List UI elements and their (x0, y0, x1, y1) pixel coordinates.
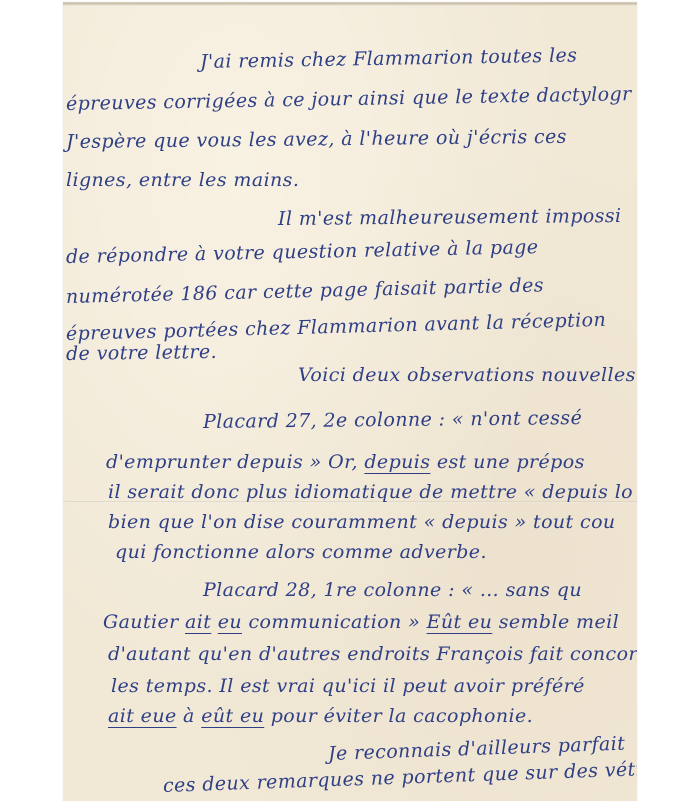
letter-line-12: d'emprunter depuis » Or, depuis est une … (106, 451, 585, 473)
letter-line-19: les temps. Il est vrai qu'ici il peut av… (111, 675, 585, 697)
letter-line-22: ces deux remarques ne portent que sur de… (163, 758, 637, 797)
underlined-phrase-ait-eue: ait eue (108, 705, 177, 727)
underlined-word-eu: eu (218, 611, 242, 633)
letter-line-14: bien que l'on dise couramment « depuis »… (108, 511, 616, 533)
line-20-mid: à (177, 705, 202, 727)
letter-line-4: lignes, entre les mains. (66, 169, 299, 191)
letter-line-17: Gautier ait eu communication » Eût eu se… (103, 611, 619, 633)
letter-line-11: Placard 27, 2e colonne : « n'ont cessé (203, 407, 582, 433)
letter-line-13: il serait donc plus idiomatique de mettr… (108, 481, 633, 503)
underlined-phrase-eut-eu: eût eu (201, 705, 264, 727)
line-17-post2: semble meil (492, 611, 619, 633)
letter-line-9: de votre lettre. (66, 341, 217, 365)
letter-line-6: de répondre à votre question relative à … (66, 236, 539, 268)
underlined-word-depuis: depuis (364, 451, 430, 473)
letter-line-20: ait eue à eût eu pour éviter la cacophon… (108, 705, 533, 727)
letter-line-15: qui fonctionne alors comme adverbe. (115, 541, 487, 563)
line-17-post: communication » (242, 611, 427, 633)
letter-line-18: d'autant qu'en d'autres endroits Françoi… (108, 643, 637, 665)
letter-line-1: J'ai remis chez Flammarion toutes les (200, 44, 578, 73)
page-top-edge (63, 3, 637, 6)
line-12-pre: d'emprunter depuis » Or, (106, 451, 364, 473)
letter-line-10: Voici deux observations nouvelles : (298, 364, 637, 386)
letter-line-2: épreuves corrigées à ce jour ainsi que l… (66, 83, 632, 115)
line-17-pre: Gautier (103, 611, 185, 633)
letter-line-8: épreuves portées chez Flammarion avant l… (66, 309, 607, 345)
letter-line-7: numérotée 186 car cette page faisait par… (66, 274, 544, 308)
letter-page: J'ai remis chez Flammarion toutes les ép… (63, 2, 637, 800)
letter-line-16: Placard 28, 1re colonne : « … sans qu (203, 579, 582, 601)
line-12-post: est une prépos (430, 451, 584, 473)
underlined-word-eut-eu: Eût eu (427, 611, 493, 633)
letter-line-5: Il m'est malheureusement impossi (278, 205, 622, 230)
underlined-word-ait: ait (185, 611, 211, 633)
line-20-post: pour éviter la cacophonie. (264, 705, 533, 727)
letter-line-3: J'espère que vous les avez, à l'heure où… (66, 126, 567, 153)
